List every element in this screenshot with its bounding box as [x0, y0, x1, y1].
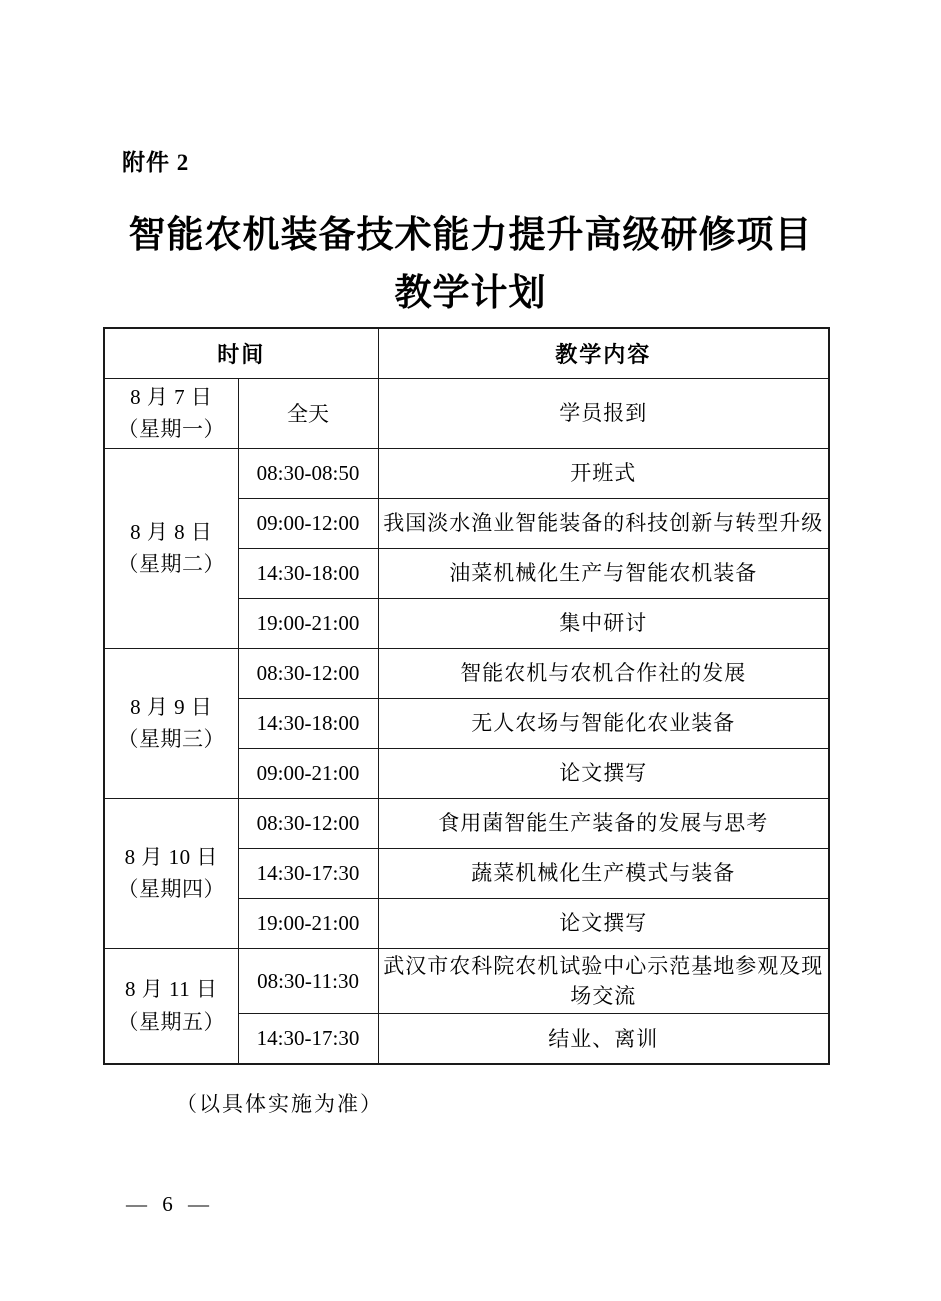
header-cell-time: 时间 — [104, 328, 378, 378]
time-cell: 19:00-21:00 — [238, 598, 378, 648]
content-cell: 智能农机与农机合作社的发展 — [378, 648, 829, 698]
date-text: 8 月 7 日 — [105, 381, 238, 414]
header-cell-content: 教学内容 — [378, 328, 829, 378]
content-cell: 蔬菜机械化生产模式与装备 — [378, 848, 829, 898]
table-row: 8 月 10 日（星期四）08:30-12:00食用菌智能生产装备的发展与思考 — [104, 798, 829, 848]
document-title-line2: 教学计划 — [0, 262, 941, 316]
footnote: （以具体实施为准） — [176, 1088, 383, 1118]
time-cell: 14:30-17:30 — [238, 1014, 378, 1064]
table-row: 8 月 11 日（星期五）08:30-11:30武汉市农科院农机试验中心示范基地… — [104, 948, 829, 1014]
content-cell: 论文撰写 — [378, 748, 829, 798]
date-cell: 8 月 9 日（星期三） — [104, 648, 238, 798]
time-cell: 14:30-18:00 — [238, 698, 378, 748]
date-cell: 8 月 7 日（星期一） — [104, 378, 238, 448]
date-cell: 8 月 11 日（星期五） — [104, 948, 238, 1064]
weekday-text: （星期五） — [105, 1006, 238, 1039]
document-title-line1: 智能农机装备技术能力提升高级研修项目 — [0, 204, 941, 258]
date-text: 8 月 9 日 — [105, 691, 238, 724]
time-cell: 全天 — [238, 378, 378, 448]
time-cell: 08:30-08:50 — [238, 448, 378, 498]
content-cell: 油菜机械化生产与智能农机装备 — [378, 548, 829, 598]
content-cell: 武汉市农科院农机试验中心示范基地参观及现场交流 — [378, 948, 829, 1014]
time-cell: 08:30-12:00 — [238, 648, 378, 698]
table-row: 8 月 9 日（星期三）08:30-12:00智能农机与农机合作社的发展 — [104, 648, 829, 698]
time-cell: 09:00-12:00 — [238, 498, 378, 548]
content-cell: 食用菌智能生产装备的发展与思考 — [378, 798, 829, 848]
page-number: — 6 — — [126, 1192, 214, 1217]
date-text: 8 月 8 日 — [105, 516, 238, 549]
date-text: 8 月 10 日 — [105, 841, 238, 874]
time-cell: 19:00-21:00 — [238, 898, 378, 948]
weekday-text: （星期四） — [105, 873, 238, 906]
content-cell: 我国淡水渔业智能装备的科技创新与转型升级 — [378, 498, 829, 548]
content-cell: 无人农场与智能化农业装备 — [378, 698, 829, 748]
date-cell: 8 月 8 日（星期二） — [104, 448, 238, 648]
document-page: 附件 2 智能农机装备技术能力提升高级研修项目 教学计划 时间 教学内容 8 月… — [0, 0, 941, 1301]
weekday-text: （星期二） — [105, 548, 238, 581]
content-cell: 学员报到 — [378, 378, 829, 448]
content-cell: 论文撰写 — [378, 898, 829, 948]
attachment-label: 附件 2 — [122, 144, 189, 177]
content-cell: 开班式 — [378, 448, 829, 498]
weekday-text: （星期一） — [105, 413, 238, 446]
date-cell: 8 月 10 日（星期四） — [104, 798, 238, 948]
header-row: 时间 教学内容 — [104, 328, 829, 378]
time-cell: 09:00-21:00 — [238, 748, 378, 798]
schedule-table: 时间 教学内容 8 月 7 日（星期一）全天学员报到8 月 8 日（星期二）08… — [103, 327, 830, 1065]
time-cell: 14:30-18:00 — [238, 548, 378, 598]
schedule-body: 8 月 7 日（星期一）全天学员报到8 月 8 日（星期二）08:30-08:5… — [104, 378, 829, 1064]
table-row: 8 月 7 日（星期一）全天学员报到 — [104, 378, 829, 448]
content-cell: 结业、离训 — [378, 1014, 829, 1064]
table-row: 8 月 8 日（星期二）08:30-08:50开班式 — [104, 448, 829, 498]
time-cell: 08:30-11:30 — [238, 948, 378, 1014]
schedule-table-header: 时间 教学内容 — [104, 328, 829, 378]
content-cell: 集中研讨 — [378, 598, 829, 648]
date-text: 8 月 11 日 — [105, 973, 238, 1006]
time-cell: 14:30-17:30 — [238, 848, 378, 898]
time-cell: 08:30-12:00 — [238, 798, 378, 848]
weekday-text: （星期三） — [105, 723, 238, 756]
